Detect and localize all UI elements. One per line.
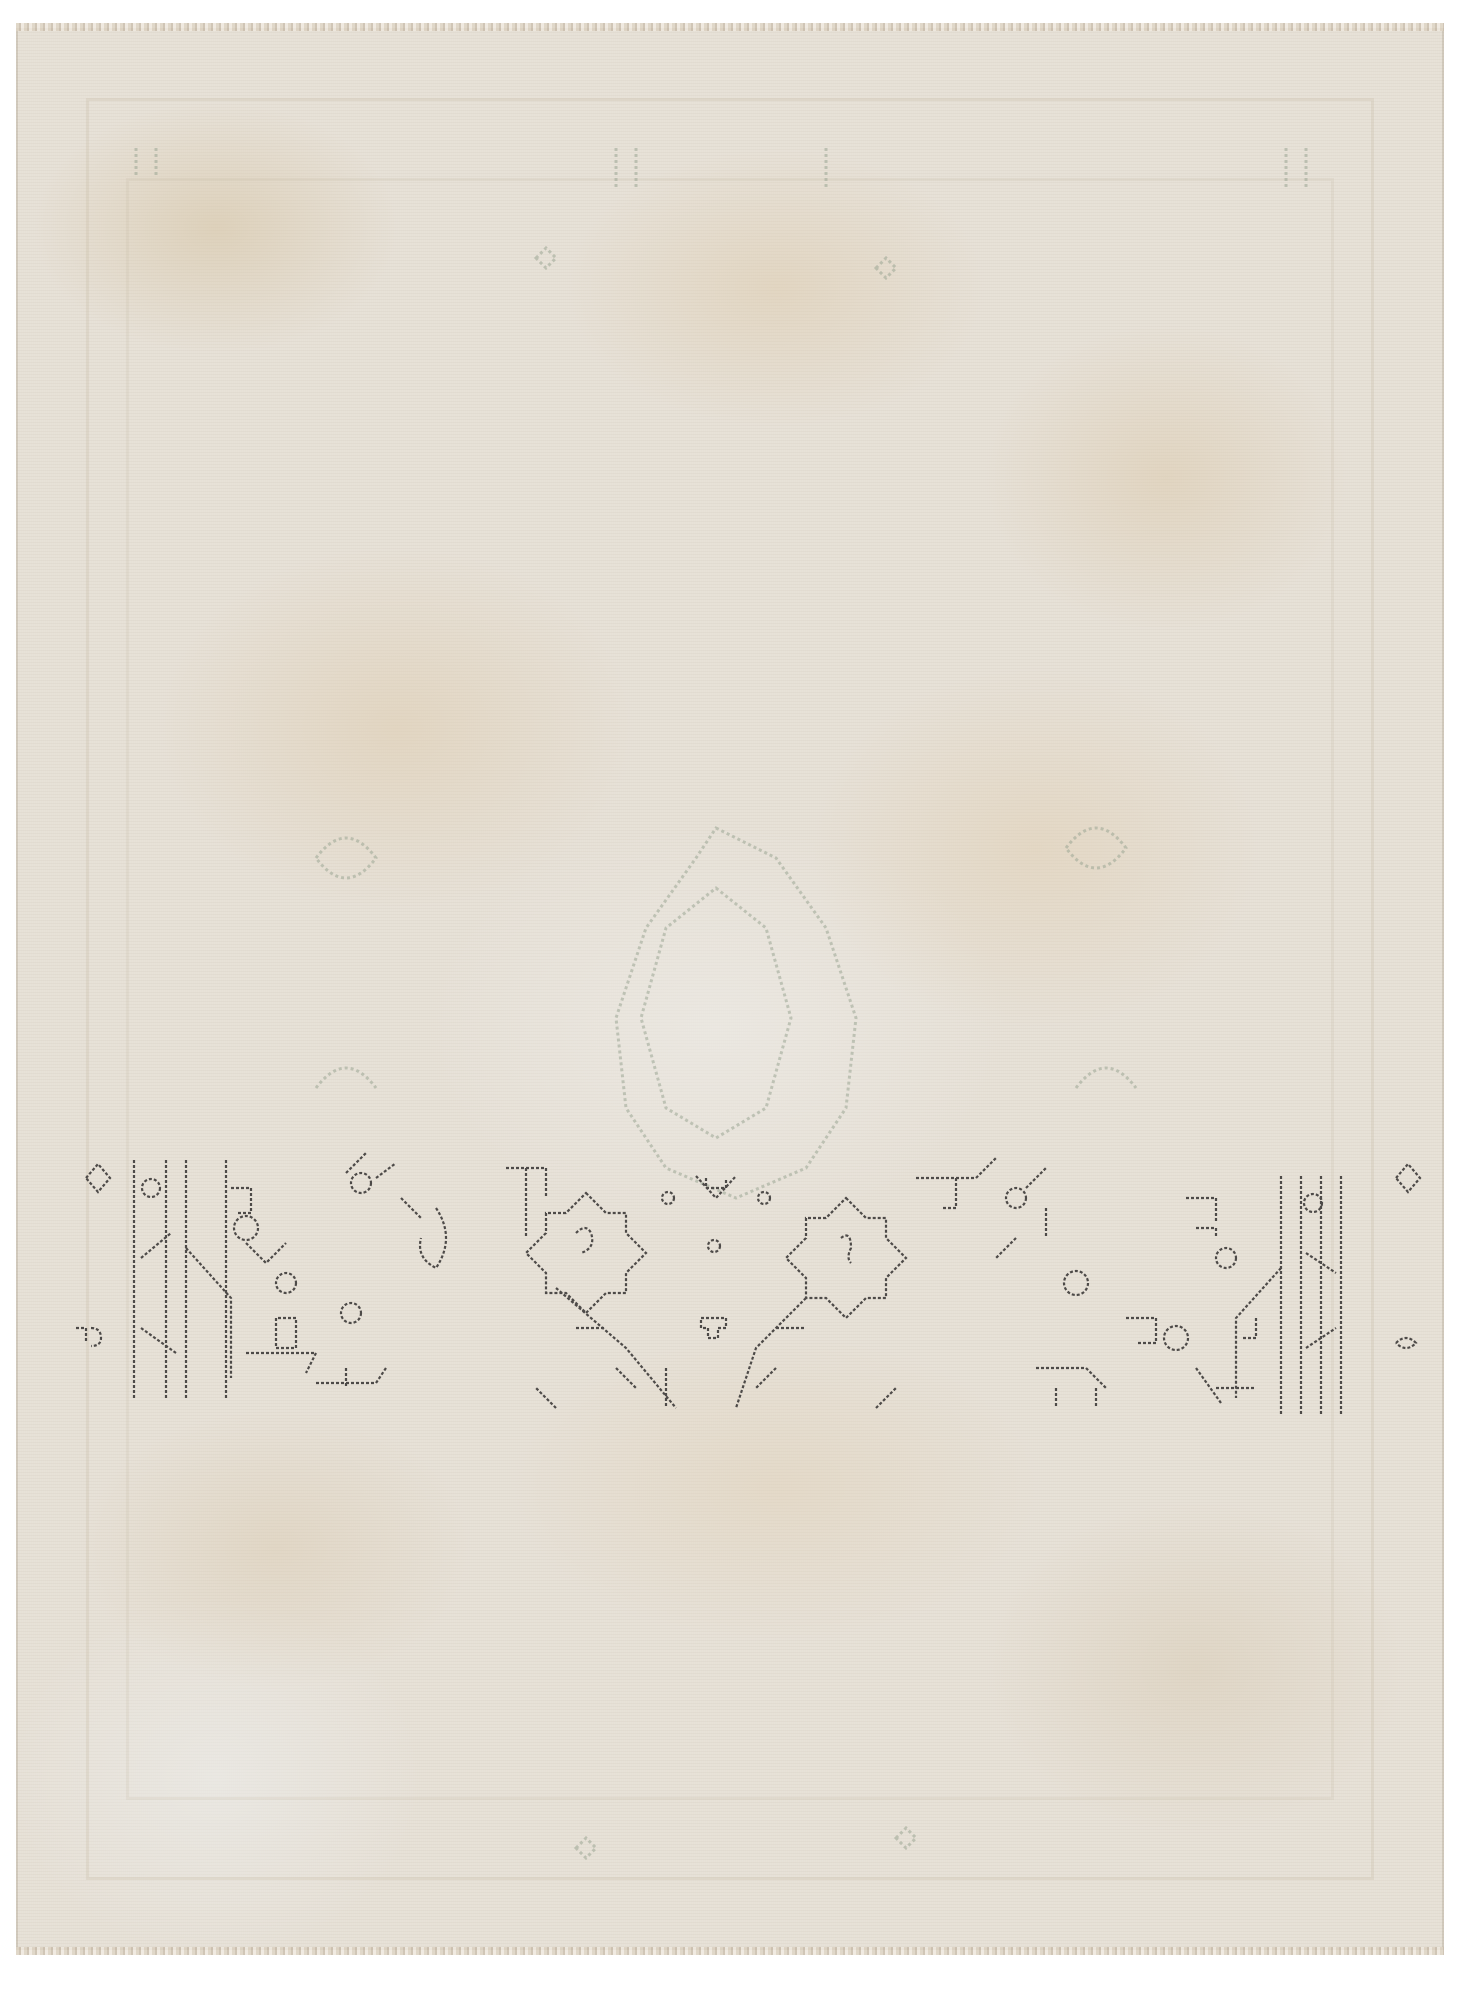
motif-overlay [16, 28, 1444, 1950]
central-medallion [616, 828, 856, 1198]
image-subject: Distressed vintage area rug, overhead pr… [0, 0, 1, 1]
motif-band [76, 1153, 1420, 1414]
rug [16, 28, 1444, 1950]
faint-sprigs [136, 148, 1306, 1858]
